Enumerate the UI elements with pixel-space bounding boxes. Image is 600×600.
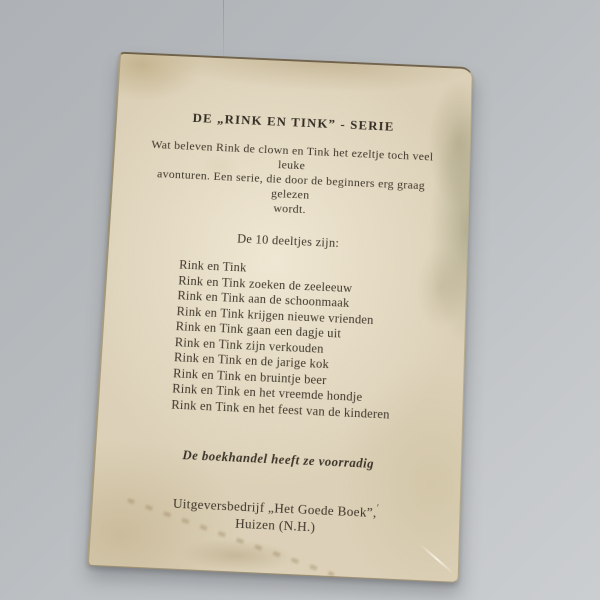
stray-pen-mark: ʹ (377, 503, 380, 514)
list-heading: De 10 deeltjes zijn: (135, 227, 441, 255)
series-title: DE „RINK EN TINK” - SERIE (142, 108, 445, 137)
cover-content: DE „RINK EN TINK” - SERIE Wat beleven Ri… (89, 54, 472, 582)
book-back-cover: DE „RINK EN TINK” - SERIE Wat beleven Ri… (87, 52, 473, 583)
book-photo: DE „RINK EN TINK” - SERIE Wat beleven Ri… (0, 0, 600, 600)
publisher-block: Uitgeversbedrijf „Het Goede Boek”,ʹ Huiz… (118, 488, 434, 541)
title-list: Rink en Tink Rink en Tink zoeken de zeel… (171, 258, 395, 423)
series-intro: Wat beleven Rink de clown en Tink het ez… (137, 137, 444, 223)
availability-note: De boekhandel heeft ze voorradig (122, 445, 435, 475)
